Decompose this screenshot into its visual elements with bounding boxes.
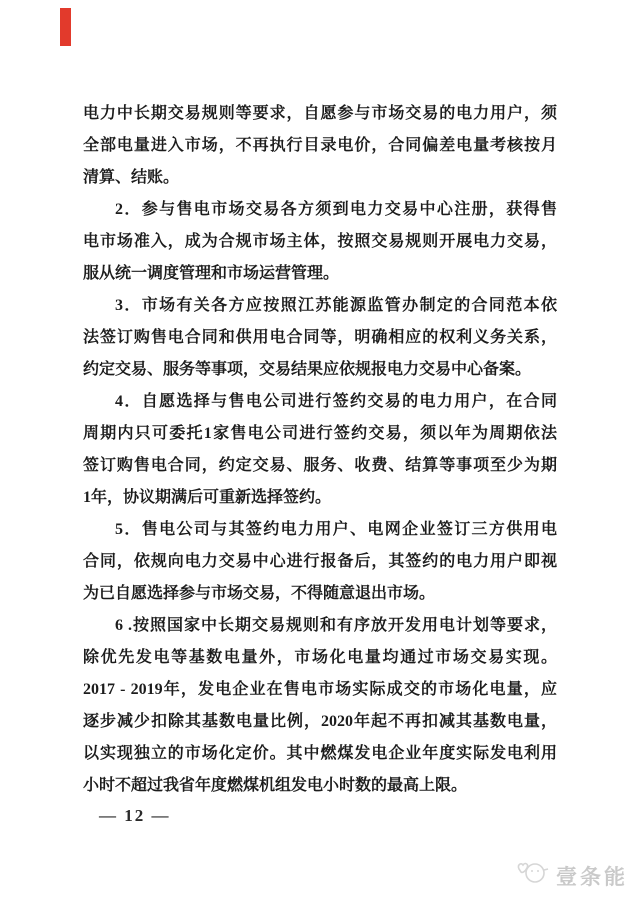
text-line: 法签订购售电合同和供用电合同等，明确相应的权利义务关系， [83, 322, 557, 354]
text-line: 4．自愿选择与售电公司进行签约交易的电力用户，在合同 [83, 386, 557, 418]
body-text: 电力中长期交易规则等要求，自愿参与市场交易的电力用户，须全部电量进入市场，不再执… [83, 98, 557, 802]
text-line: 电力中长期交易规则等要求，自愿参与市场交易的电力用户，须 [83, 98, 557, 130]
text-line: 5．售电公司与其签约电力用户、电网企业签订三方供用电 [83, 514, 557, 546]
text-line: 签订购售电合同，约定交易、服务、收费、结算等事项至少为期 [83, 450, 557, 482]
text-line: 除优先发电等基数电量外，市场化电量均通过市场交易实现。 [83, 642, 557, 674]
text-line: 合同，依规向电力交易中心进行报备后，其签约的电力用户即视 [83, 546, 557, 578]
text-line: 逐步减少扣除其基数电量比例，2020年起不再扣减其基数电量， [83, 706, 557, 738]
text-line: 周期内只可委托1家售电公司进行签约交易，须以年为周期依法 [83, 418, 557, 450]
text-line: 2．参与售电市场交易各方须到电力交易中心注册，获得售 [83, 194, 557, 226]
text-line: 以实现独立的市场化定价。其中燃煤发电企业年度实际发电利用 [83, 738, 557, 770]
text-line: 3．市场有关各方应按照江苏能源监管办制定的合同范本依 [83, 290, 557, 322]
text-line: 电市场准入，成为合规市场主体，按照交易规则开展电力交易， [83, 226, 557, 258]
watermark-label: 壹条能 [556, 861, 628, 891]
text-line: 约定交易、服务等事项，交易结果应依规报电力交易中心备案。 [83, 354, 557, 386]
text-line: 全部电量进入市场，不再执行目录电价，合同偏差电量考核按月 [83, 130, 557, 162]
text-line: 2017 - 2019年，发电企业在售电市场实际成交的市场化电量，应 [83, 674, 557, 706]
text-line: 服从统一调度管理和市场运营管理。 [83, 258, 557, 290]
text-line: 1年，协议期满后可重新选择签约。 [83, 482, 557, 514]
text-line: 6 .按照国家中长期交易规则和有序放开发用电计划等要求， [83, 610, 557, 642]
red-marker [60, 8, 71, 46]
text-line: 小时不超过我省年度燃煤机组发电小时数的最高上限。 [83, 770, 557, 802]
watermark-logo-icon [515, 859, 551, 892]
text-line: 清算、结账。 [83, 162, 557, 194]
page-number: — 12 — [99, 805, 171, 827]
watermark: 壹条能 [515, 859, 628, 892]
text-line: 为已自愿选择参与市场交易，不得随意退出市场。 [83, 578, 557, 610]
